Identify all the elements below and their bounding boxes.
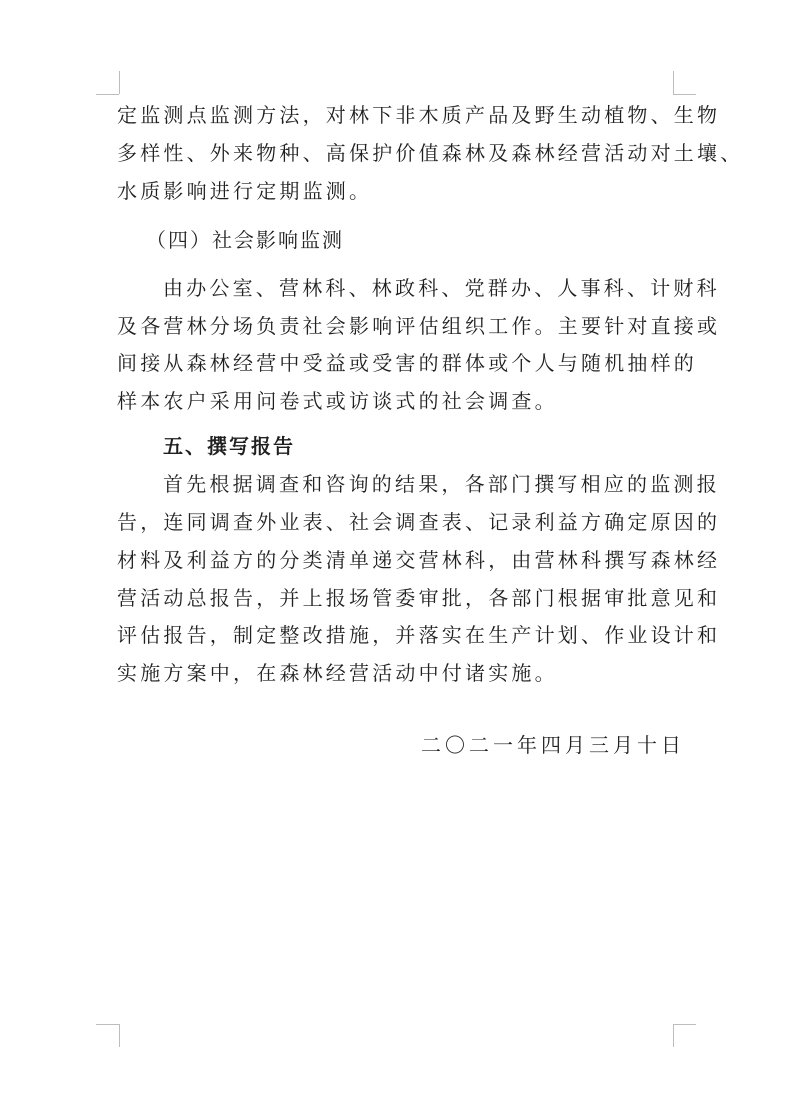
- paragraph-line: 实施方案中，在森林经营活动中付诸实施。: [117, 661, 558, 685]
- paragraph-line: 首先根据调查和咨询的结果，各部门撰写相应的监测报: [163, 472, 720, 496]
- document-date: 二〇二一年四月三月十日: [421, 733, 685, 757]
- paragraph-line: 由办公室、营林科、林政科、党群办、人事科、计财科: [163, 276, 720, 300]
- paragraph-line: 间接从森林经营中受益或受害的群体或个人与随机抽样的: [117, 351, 697, 375]
- margin-marker-top-right-vertical: [673, 71, 674, 94]
- margin-marker-bottom-left-horizontal: [96, 1024, 119, 1025]
- paragraph-line: 定监测点监测方法，对林下非木质产品及野生动植物、生物: [117, 103, 720, 127]
- paragraph-line: 样本农户采用问卷式或访谈式的社会调查。: [117, 389, 558, 413]
- paragraph-line: 材料及利益方的分类清单递交营林科，由营林科撰写森林经: [117, 548, 720, 572]
- document-page: 定监测点监测方法，对林下非木质产品及野生动植物、生物 多样性、外来物种、高保护价…: [0, 0, 796, 1120]
- paragraph-line: 及各营林分场负责社会影响评估组织工作。主要针对直接或: [117, 314, 720, 338]
- paragraph-line: 水质影响进行定期监测。: [117, 179, 372, 203]
- margin-marker-bottom-right-horizontal: [673, 1024, 696, 1025]
- section-heading-social-impact: （四）社会影响监测: [146, 228, 344, 252]
- margin-marker-top-left-horizontal: [96, 94, 119, 95]
- paragraph-line: 多样性、外来物种、高保护价值森林及森林经营活动对土壤、: [117, 141, 743, 165]
- margin-marker-top-left-vertical: [119, 71, 120, 94]
- paragraph-line: 营活动总报告，并上报场管委审批，各部门根据审批意见和: [117, 586, 720, 610]
- margin-marker-bottom-right-vertical: [673, 1024, 674, 1047]
- paragraph-line: 评估报告，制定整改措施，并落实在生产计划、作业设计和: [117, 623, 720, 647]
- margin-marker-bottom-left-vertical: [119, 1024, 120, 1047]
- margin-marker-top-right-horizontal: [673, 94, 696, 95]
- paragraph-line: 告，连同调查外业表、社会调查表、记录利益方确定原因的: [117, 510, 720, 534]
- section-heading-write-report: 五、撰写报告: [163, 434, 295, 458]
